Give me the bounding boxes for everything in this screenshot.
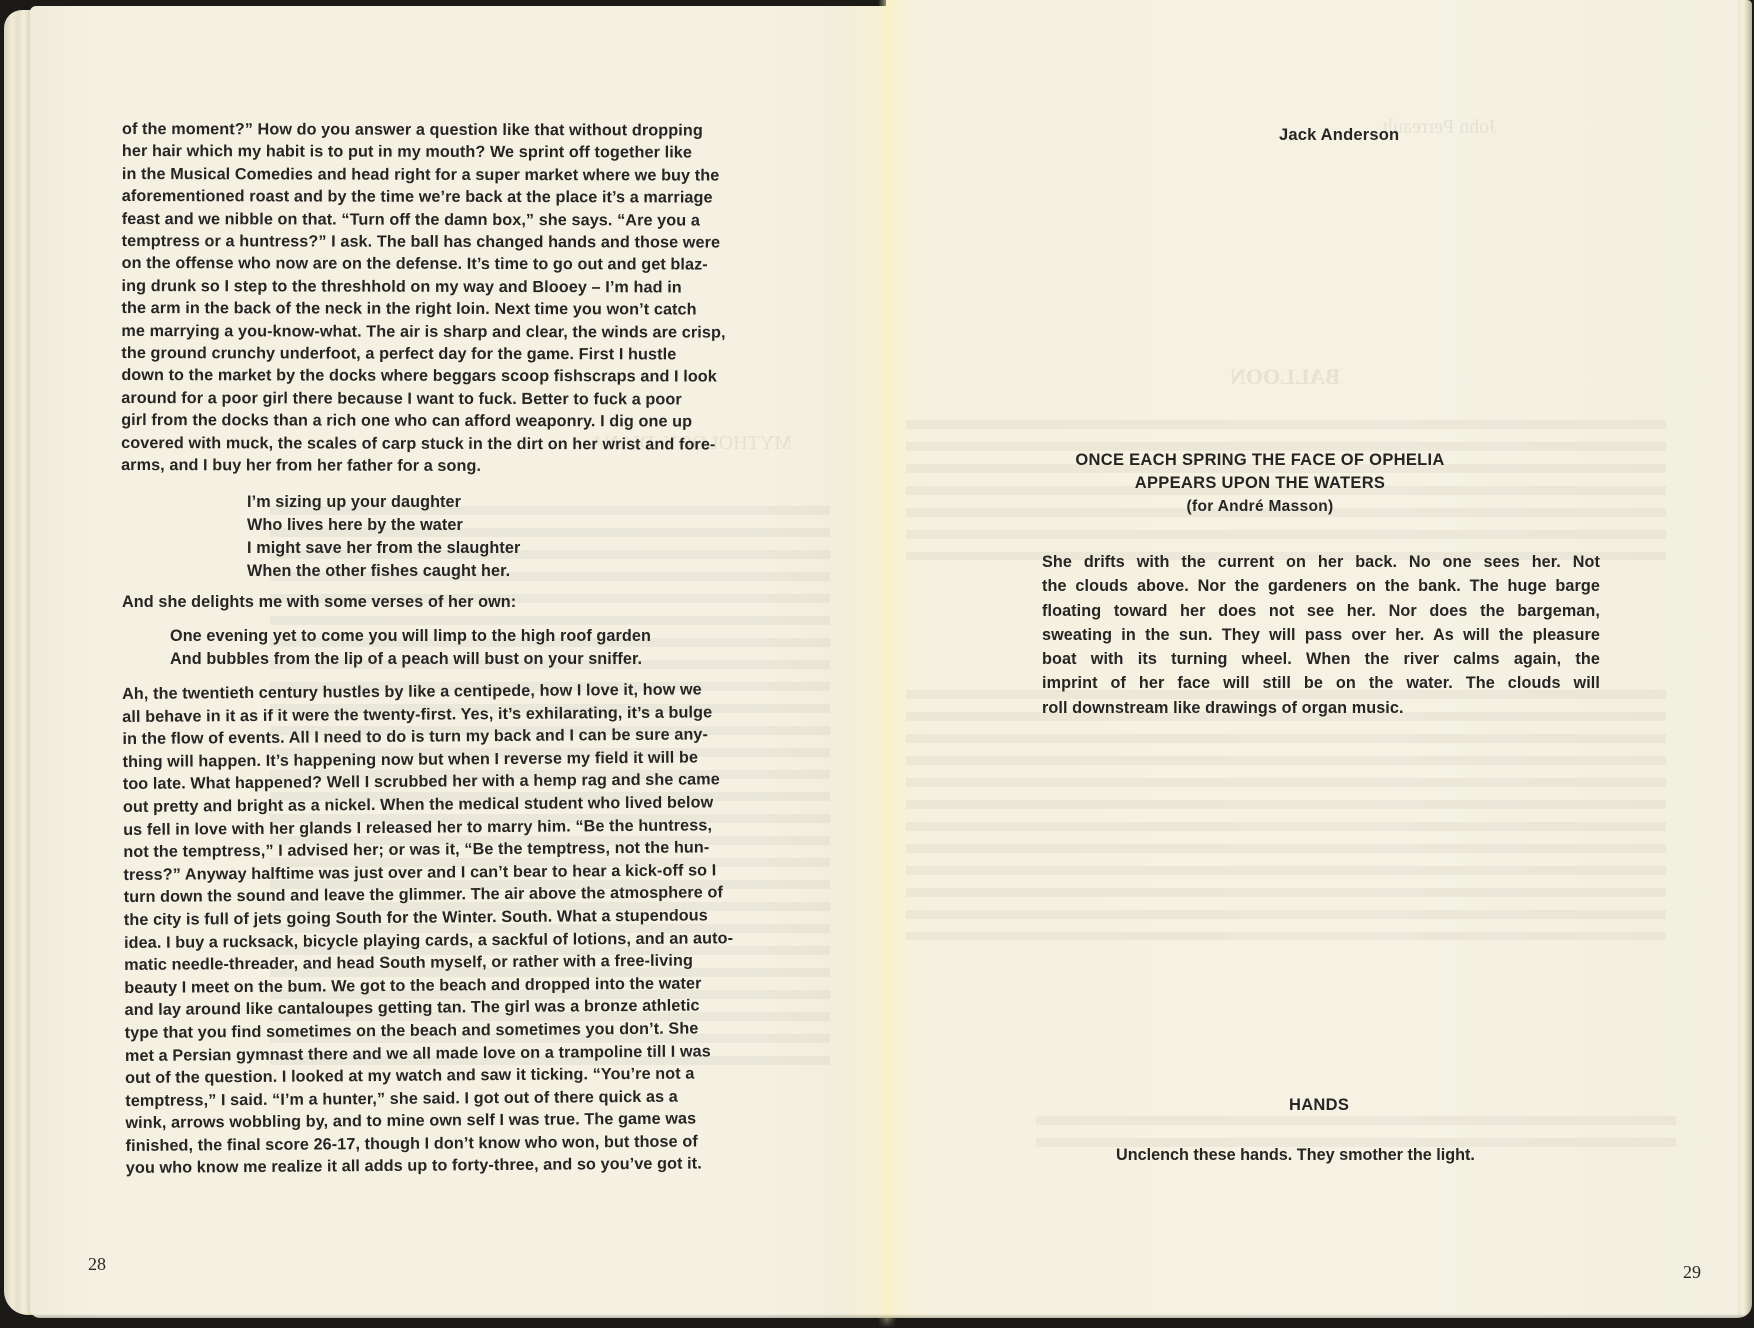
left-page-prose: of the moment?” How do you answer a ques… <box>122 118 731 1180</box>
text-line: feast and we nibble on that. “Turn off t… <box>122 208 731 232</box>
book-spine <box>878 0 896 1328</box>
poem-line: boat with its turning wheel. When the ri… <box>1042 647 1600 671</box>
poem-line: floating toward her does not see her. No… <box>1042 599 1600 623</box>
scan-bottom-edge <box>0 1314 1754 1328</box>
text-line: the arm in the back of the neck in the r… <box>121 297 730 321</box>
text-line: aforementioned roast and by the time we’… <box>122 185 731 209</box>
text-line: And she delights me with some verses of … <box>122 591 731 613</box>
prose-paragraph-2: Ah, the twentieth century hustles by lik… <box>122 678 735 1180</box>
text-line: me marrying a you-know-what. The air is … <box>121 320 730 344</box>
poem-dedication: (for André Masson) <box>1040 495 1480 518</box>
text-line: ing drunk so I step to the threshhold on… <box>122 275 731 299</box>
verse-line: One evening yet to come you will limp to… <box>170 625 731 648</box>
show-through-text <box>906 690 1666 940</box>
text-line: the ground crunchy underfoot, a perfect … <box>121 342 730 366</box>
prose-paragraph-1: of the moment?” How do you answer a ques… <box>121 118 731 478</box>
show-through-heading: BALLOON <box>1230 364 1340 390</box>
text-line: girl from the docks than a rich one who … <box>121 409 730 433</box>
poem-body-ophelia: She drifts with the current on her back.… <box>1042 550 1600 720</box>
verse-couplet: One evening yet to come you will limp to… <box>122 625 731 671</box>
right-page-edges <box>1738 0 1752 1318</box>
poem-body-hands: Unclench these hands. They smother the l… <box>1116 1146 1475 1165</box>
author-name: Jack Anderson <box>1279 126 1399 145</box>
poem-title-hands: HANDS <box>1289 1096 1349 1115</box>
text-line: around for a poor girl there because I w… <box>121 387 730 411</box>
poem-line: roll downstream like drawings of organ m… <box>1042 696 1600 720</box>
text-line: of the moment?” How do you answer a ques… <box>122 118 731 142</box>
text-line: down to the market by the docks where be… <box>121 364 730 388</box>
title-line: ONCE EACH SPRING THE FACE OF OPHELIA <box>1040 449 1480 472</box>
poem-title-ophelia: ONCE EACH SPRING THE FACE OF OPHELIA APP… <box>1040 449 1480 518</box>
text-line: arms, and I buy her from her father for … <box>121 454 730 478</box>
text-line: on the offense who now are on the defens… <box>122 252 731 276</box>
song-line: When the other fishes caught her. <box>247 560 731 583</box>
poem-line: the clouds above. Nor the gardeners on t… <box>1042 574 1600 598</box>
text-line: you who know me realize it all adds up t… <box>126 1153 735 1180</box>
text-line: temptress or a huntress?” I ask. The bal… <box>122 230 731 254</box>
title-line: APPEARS UPON THE WATERS <box>1040 472 1480 495</box>
verse-line: And bubbles from the lip of a peach will… <box>170 648 731 671</box>
text-line: covered with muck, the scales of carp st… <box>121 432 730 456</box>
poem-line: She drifts with the current on her back.… <box>1042 550 1600 574</box>
text-line: in the Musical Comedies and head right f… <box>122 163 731 187</box>
page-number-left: 28 <box>88 1254 106 1275</box>
song-line: Who lives here by the water <box>247 514 731 537</box>
song-stanza: I’m sizing up your daughter Who lives he… <box>122 491 731 583</box>
poem-line: imprint of her face will still be on the… <box>1042 671 1600 695</box>
page-number-right: 29 <box>1683 1262 1701 1283</box>
text-line: her hair which my habit is to put in my … <box>122 140 731 164</box>
song-line: I might save her from the slaughter <box>247 537 731 560</box>
song-line: I’m sizing up your daughter <box>247 491 731 514</box>
bridge-line: And she delights me with some verses of … <box>122 591 731 613</box>
poem-line: sweating in the sun. They will pass over… <box>1042 623 1600 647</box>
